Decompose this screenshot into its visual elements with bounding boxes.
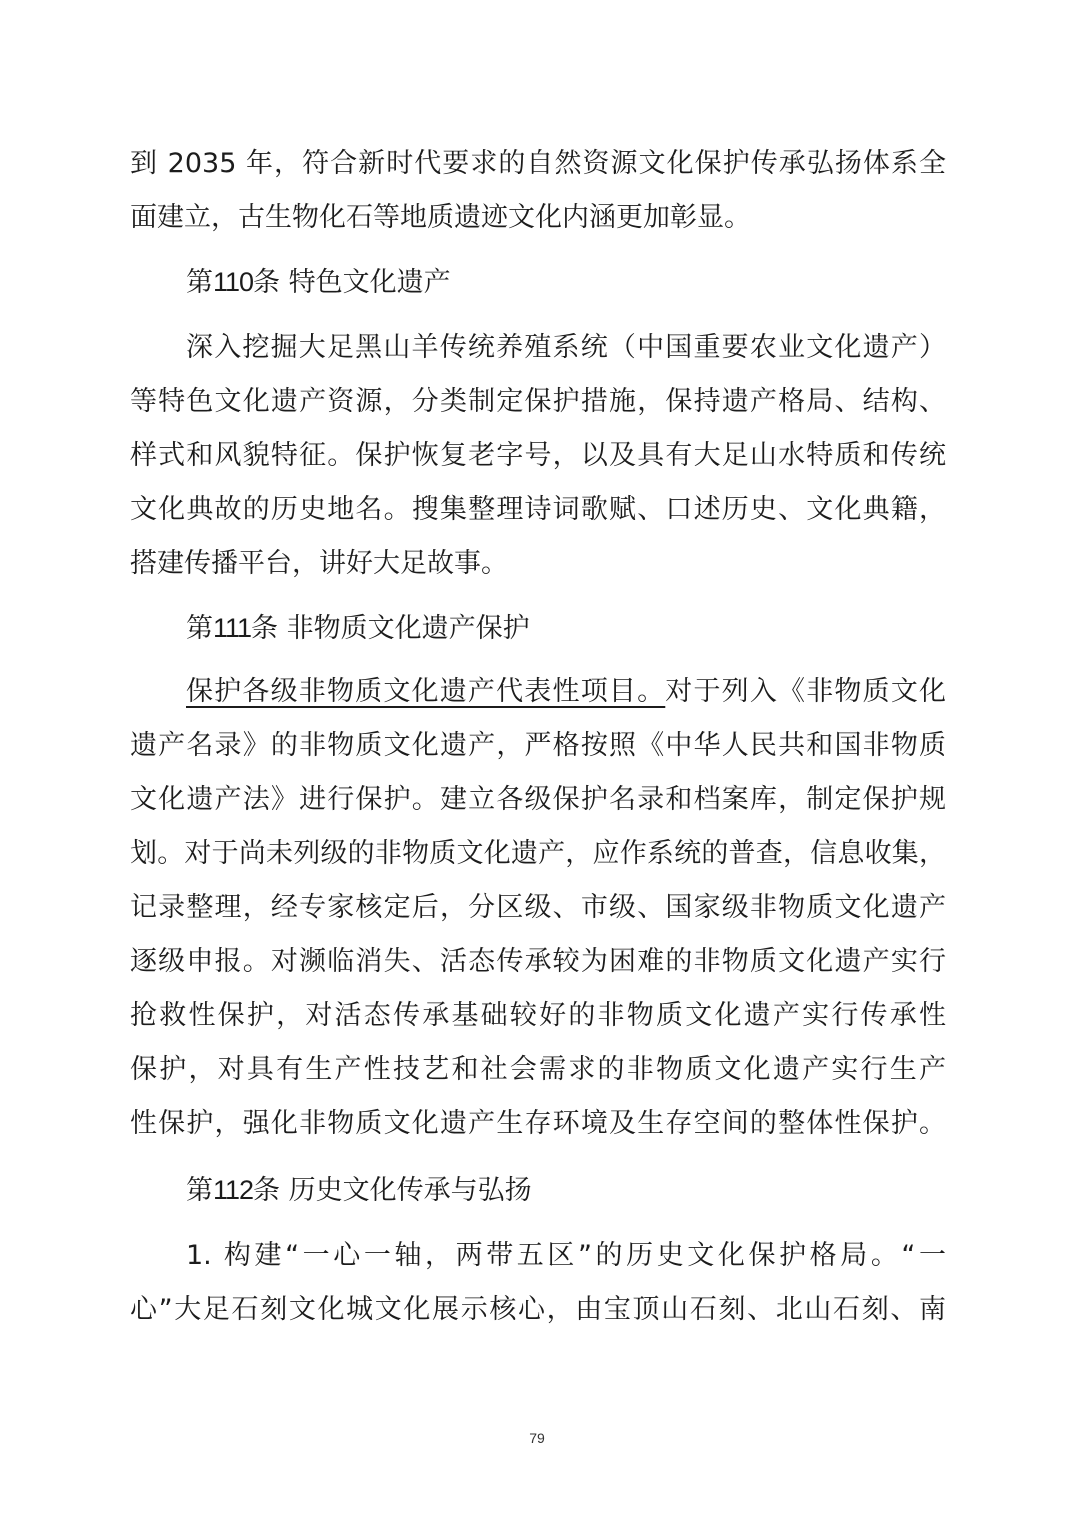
paragraph-line: 划。对于尚未列级的非物质文化遗产，应作系统的普查，信息收集， (130, 834, 946, 874)
paragraph-line: 面建立，古生物化石等地质遗迹文化内涵更加彰显。 (130, 198, 946, 238)
article-number: 111 (213, 613, 251, 643)
article-prefix: 第 (186, 613, 213, 644)
document-page: 到 2035 年，符合新时代要求的自然资源文化保护传承弘扬体系全 面建立，古生物… (0, 0, 1074, 1520)
article-number: 112 (213, 1175, 253, 1205)
article-110-heading: 第110条 特色文化遗产 (186, 262, 451, 302)
article-title: 历史文化传承与弘扬 (289, 1175, 532, 1206)
article-suffix: 条 (253, 1175, 280, 1206)
paragraph-line: 搭建传播平台，讲好大足故事。 (130, 544, 946, 584)
article-suffix: 条 (251, 613, 278, 644)
paragraph-line: 1. 构建“一心一轴，两带五区”的历史文化保护格局。“一 (186, 1236, 946, 1276)
paragraph-line: 保护，对具有生产性技艺和社会需求的非物质文化遗产实行生产 (130, 1050, 946, 1090)
article-suffix: 条 (253, 267, 280, 298)
line-rest: 对于列入《非物质文化 (665, 676, 946, 707)
paragraph-line: 到 2035 年，符合新时代要求的自然资源文化保护传承弘扬体系全 (130, 144, 946, 184)
paragraph-line: 等特色文化遗产资源，分类制定保护措施，保持遗产格局、结构、 (130, 382, 946, 422)
paragraph-line: 性保护，强化非物质文化遗产生存环境及生存空间的整体性保护。 (130, 1104, 946, 1144)
article-111-heading: 第111条 非物质文化遗产保护 (186, 608, 530, 648)
paragraph-line: 深入挖掘大足黑山羊传统养殖系统（中国重要农业文化遗产） (186, 328, 946, 368)
paragraph-line: 样式和风貌特征。保护恢复老字号，以及具有大足山水特质和传统 (130, 436, 946, 476)
paragraph-line: 文化遗产法》进行保护。建立各级保护名录和档案库，制定保护规 (130, 780, 946, 820)
article-number: 110 (213, 267, 253, 297)
underlined-phrase: 保护各级非物质文化遗产代表性项目。 (186, 676, 665, 707)
article-prefix: 第 (186, 1175, 213, 1206)
article-title: 非物质文化遗产保护 (287, 613, 530, 644)
paragraph-line: 文化典故的历史地名。搜集整理诗词歌赋、口述历史、文化典籍， (130, 490, 946, 530)
paragraph-line: 保护各级非物质文化遗产代表性项目。对于列入《非物质文化 (186, 672, 946, 712)
article-prefix: 第 (186, 267, 213, 298)
article-title: 特色文化遗产 (289, 267, 451, 298)
paragraph-line: 抢救性保护，对活态传承基础较好的非物质文化遗产实行传承性 (130, 996, 946, 1036)
article-112-heading: 第112条 历史文化传承与弘扬 (186, 1170, 532, 1210)
paragraph-line: 遗产名录》的非物质文化遗产，严格按照《中华人民共和国非物质 (130, 726, 946, 766)
page-number: 79 (0, 1430, 1074, 1446)
paragraph-line: 逐级申报。对濒临消失、活态传承较为困难的非物质文化遗产实行 (130, 942, 946, 982)
paragraph-line: 记录整理，经专家核定后，分区级、市级、国家级非物质文化遗产 (130, 888, 946, 928)
paragraph-line: 心”大足石刻文化城文化展示核心，由宝顶山石刻、北山石刻、南 (130, 1290, 946, 1330)
